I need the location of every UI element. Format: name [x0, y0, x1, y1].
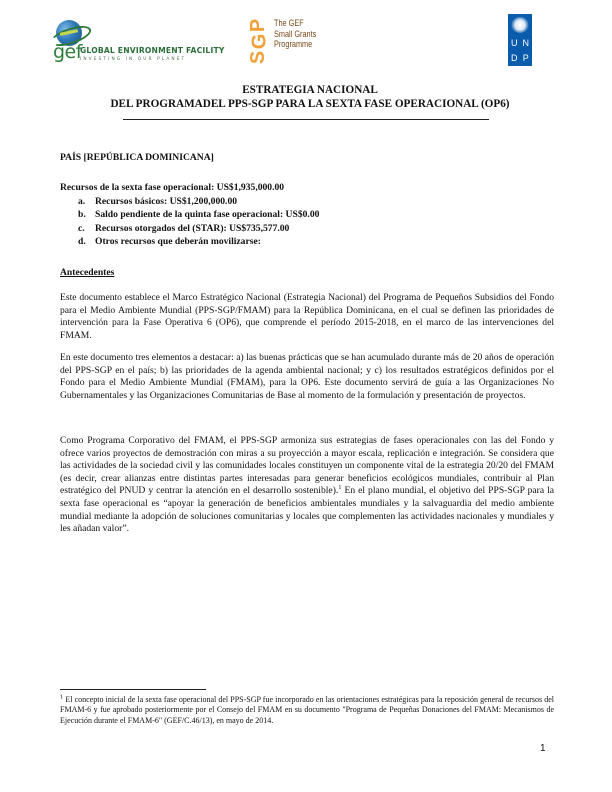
sgp-line-1: The GEF	[274, 18, 316, 29]
title-divider	[123, 119, 489, 120]
gef-mark: gef	[53, 42, 82, 62]
list-marker: b.	[78, 208, 86, 221]
undp-letter: U	[509, 37, 520, 51]
undp-logo: U N D P	[508, 14, 532, 66]
title-line-1: ESTRATEGIA NACIONAL	[60, 84, 560, 98]
resource-item: d.Otros recursos que deberán movilizarse…	[78, 235, 319, 248]
page-number: 1	[540, 743, 546, 754]
resources-list: a.Recursos básicos: US$1,200,000.00 b.Sa…	[78, 195, 319, 249]
footnote-text: El concepto inicial de la sexta fase ope…	[60, 695, 554, 725]
sgp-letter-s: S	[247, 51, 270, 64]
un-emblem-icon	[511, 17, 529, 33]
document-title: ESTRATEGIA NACIONAL DEL PROGRAMADEL PPS-…	[60, 84, 560, 111]
footnote: 1 El concepto inicial de la sexta fase o…	[60, 695, 554, 726]
gef-name: GLOBAL ENVIRONMENT FACILITY	[80, 46, 225, 55]
list-marker: d.	[78, 235, 86, 248]
sgp-letter-g: G	[248, 34, 271, 50]
sgp-letter-p: P	[247, 19, 270, 32]
sgp-logo: S G P The GEF Small Grants Programme	[248, 16, 338, 68]
resource-text: Saldo pendiente de la quinta fase operac…	[95, 209, 319, 220]
resources-heading: Recursos de la sexta fase operacional: U…	[60, 182, 554, 195]
resource-item: b.Saldo pendiente de la quinta fase oper…	[78, 208, 319, 221]
resource-text: Otros recursos que deberán movilizarse:	[95, 236, 261, 247]
undp-letter: D	[509, 52, 520, 66]
paragraph: En este documento tres elementos a desta…	[60, 352, 554, 402]
undp-letters: U N D P	[509, 37, 531, 65]
resource-text: Recursos básicos: US$1,200,000.00	[95, 196, 237, 207]
list-marker: c.	[78, 222, 85, 235]
country-heading: PAÍS [REPÚBLICA DOMINICANA]	[60, 152, 554, 165]
resource-item: a.Recursos básicos: US$1,200,000.00	[78, 195, 319, 208]
sgp-line-3: Programme	[274, 39, 316, 50]
paragraph: Como Programa Corporativo del FMAM, el P…	[60, 435, 554, 536]
paragraph: Este documento establece el Marco Estrat…	[60, 292, 554, 342]
sgp-text: The GEF Small Grants Programme	[274, 18, 316, 50]
gef-logo: gef GLOBAL ENVIRONMENT FACILITY INVESTIN…	[48, 18, 218, 62]
resource-item: c.Recursos otorgados del (STAR): US$735,…	[78, 222, 319, 235]
list-marker: a.	[78, 195, 85, 208]
footnote-divider	[60, 689, 206, 690]
section-heading: Antecedentes	[60, 267, 554, 280]
gef-tagline: INVESTING IN OUR PLANET	[80, 57, 186, 62]
undp-letter: P	[521, 52, 532, 66]
document-page: gef GLOBAL ENVIRONMENT FACILITY INVESTIN…	[0, 0, 612, 792]
title-line-2: DEL PROGRAMADEL PPS-SGP PARA LA SEXTA FA…	[60, 98, 560, 112]
sgp-letters: S G P	[248, 16, 270, 68]
undp-letter: N	[521, 37, 532, 51]
resource-text: Recursos otorgados del (STAR): US$735,57…	[95, 223, 289, 234]
